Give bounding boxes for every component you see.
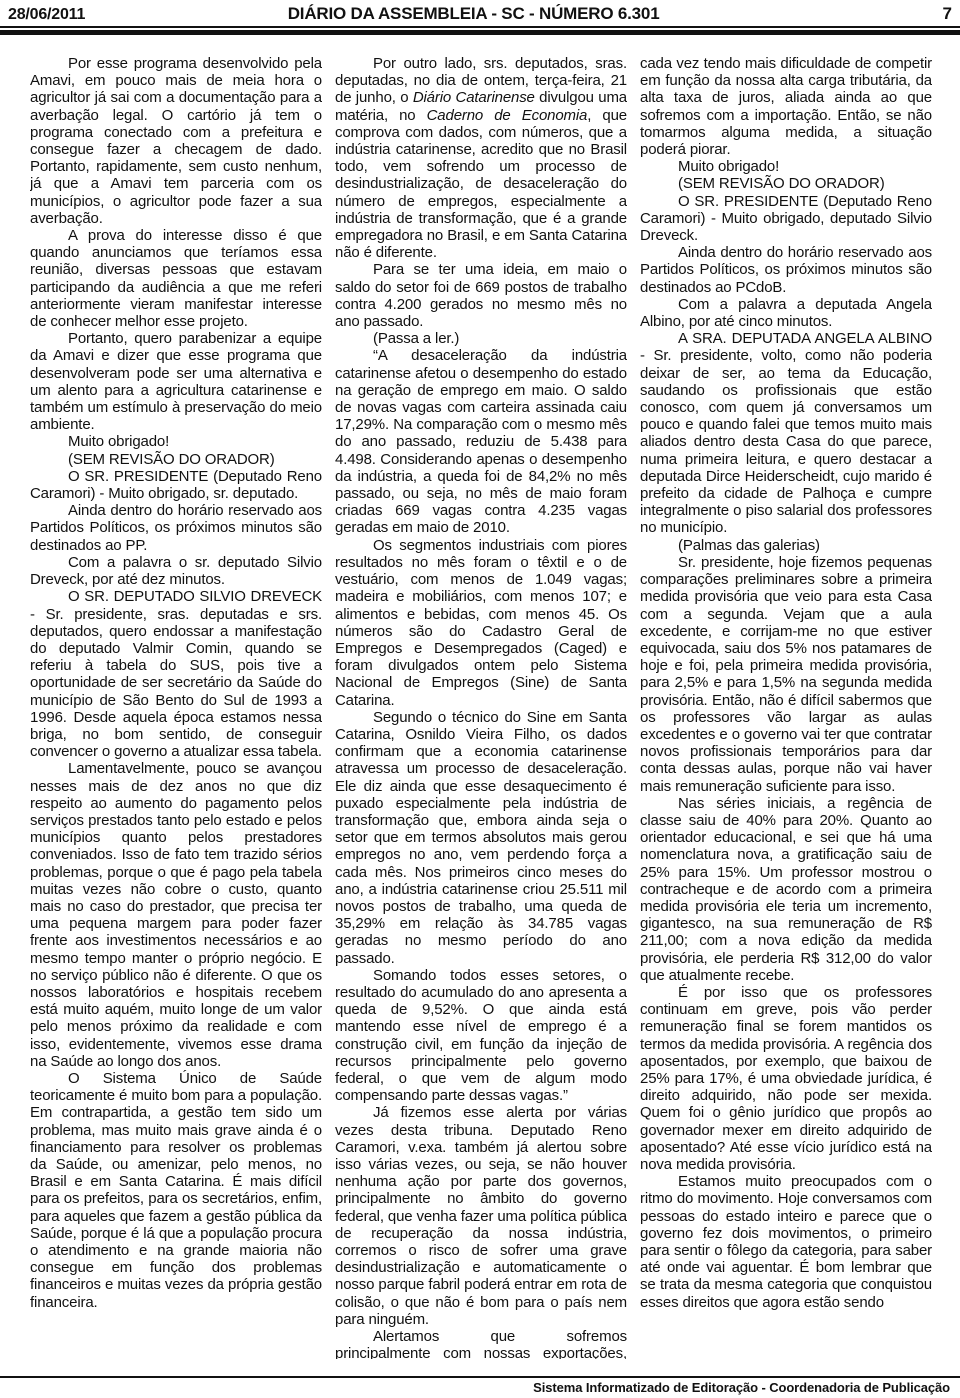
article-columns: Por esse programa desenvolvido pela Amav… — [30, 55, 932, 1359]
paragraph: (SEM REVISÃO DO ORADOR) — [640, 175, 932, 192]
paragraph: A SRA. DEPUTADA ANGELA ALBINO - Sr. pres… — [640, 330, 932, 536]
paragraph: Somando todos esses setores, o resultado… — [335, 967, 627, 1105]
paragraph: Lamentavelmente, pouco se avançou nesses… — [30, 760, 322, 1070]
paragraph: Sr. presidente, hoje fizemos pequenas co… — [640, 554, 932, 795]
paragraph: cada vez tendo mais dificuldade de compe… — [640, 55, 932, 158]
paragraph: Já fizemos esse alerta por várias vezes … — [335, 1104, 627, 1328]
paragraph: Por esse programa desenvolvido pela Amav… — [30, 55, 322, 227]
paragraph: (Palmas das galerias) — [640, 537, 932, 554]
header-date: 28/06/2011 — [8, 6, 85, 24]
paragraph: Com a palavra o sr. deputado Silvio Drev… — [30, 554, 322, 588]
paragraph: Muito obrigado! — [30, 433, 322, 450]
paragraph: A prova do interesse disso é que quando … — [30, 227, 322, 330]
header-rule-thin — [0, 26, 960, 28]
paragraph: Ainda dentro do horário reservado aos Pa… — [30, 502, 322, 554]
header-page-number: 7 — [862, 4, 952, 24]
paragraph: “A desaceleração da indústria catarinens… — [335, 347, 627, 536]
paragraph: Ainda dentro do horário reservado aos Pa… — [640, 244, 932, 296]
paragraph: O SR. DEPUTADO SILVIO DREVECK - Sr. pres… — [30, 588, 322, 760]
paragraph: Com a palavra a deputada Angela Albino, … — [640, 296, 932, 330]
paragraph: Nas séries iniciais, a regência de class… — [640, 795, 932, 984]
paragraph: (SEM REVISÃO DO ORADOR) — [30, 451, 322, 468]
header-title: DIÁRIO DA ASSEMBLEIA - SC - NÚMERO 6.301 — [85, 4, 862, 24]
page-footer: Sistema Informatizado de Editoração - Co… — [0, 1376, 960, 1398]
gazette-page: 28/06/2011 DIÁRIO DA ASSEMBLEIA - SC - N… — [0, 0, 960, 1398]
paragraph: Os segmentos industriais com piores resu… — [335, 537, 627, 709]
header-rule-thick — [0, 30, 960, 35]
text-column-3: cada vez tendo mais dificuldade de compe… — [640, 55, 932, 1359]
paragraph: Alertamos que sofremos principalmente co… — [335, 1328, 627, 1359]
paragraph: Estamos muito preocupados com o ritmo do… — [640, 1173, 932, 1311]
paragraph: O Sistema Único de Saúde teoricamente é … — [30, 1070, 322, 1311]
paragraph: (Passa a ler.) — [335, 330, 627, 347]
paragraph: Por outro lado, srs. deputados, sras. de… — [335, 55, 627, 261]
paragraph: O SR. PRESIDENTE (Deputado Reno Caramori… — [640, 193, 932, 245]
paragraph: Segundo o técnico do Sine em Santa Catar… — [335, 709, 627, 967]
paragraph: O SR. PRESIDENTE (Deputado Reno Caramori… — [30, 468, 322, 502]
text-column-1: Por esse programa desenvolvido pela Amav… — [30, 55, 322, 1359]
page-header: 28/06/2011 DIÁRIO DA ASSEMBLEIA - SC - N… — [0, 0, 960, 25]
text-column-2: Por outro lado, srs. deputados, sras. de… — [335, 55, 627, 1359]
paragraph: É por isso que os professores continuam … — [640, 984, 932, 1173]
footer-text: Sistema Informatizado de Editoração - Co… — [0, 1378, 960, 1398]
paragraph: Para se ter uma ideia, em maio o saldo d… — [335, 261, 627, 330]
paragraph: Portanto, quero parabenizar a equipe da … — [30, 330, 322, 433]
paragraph: Muito obrigado! — [640, 158, 932, 175]
